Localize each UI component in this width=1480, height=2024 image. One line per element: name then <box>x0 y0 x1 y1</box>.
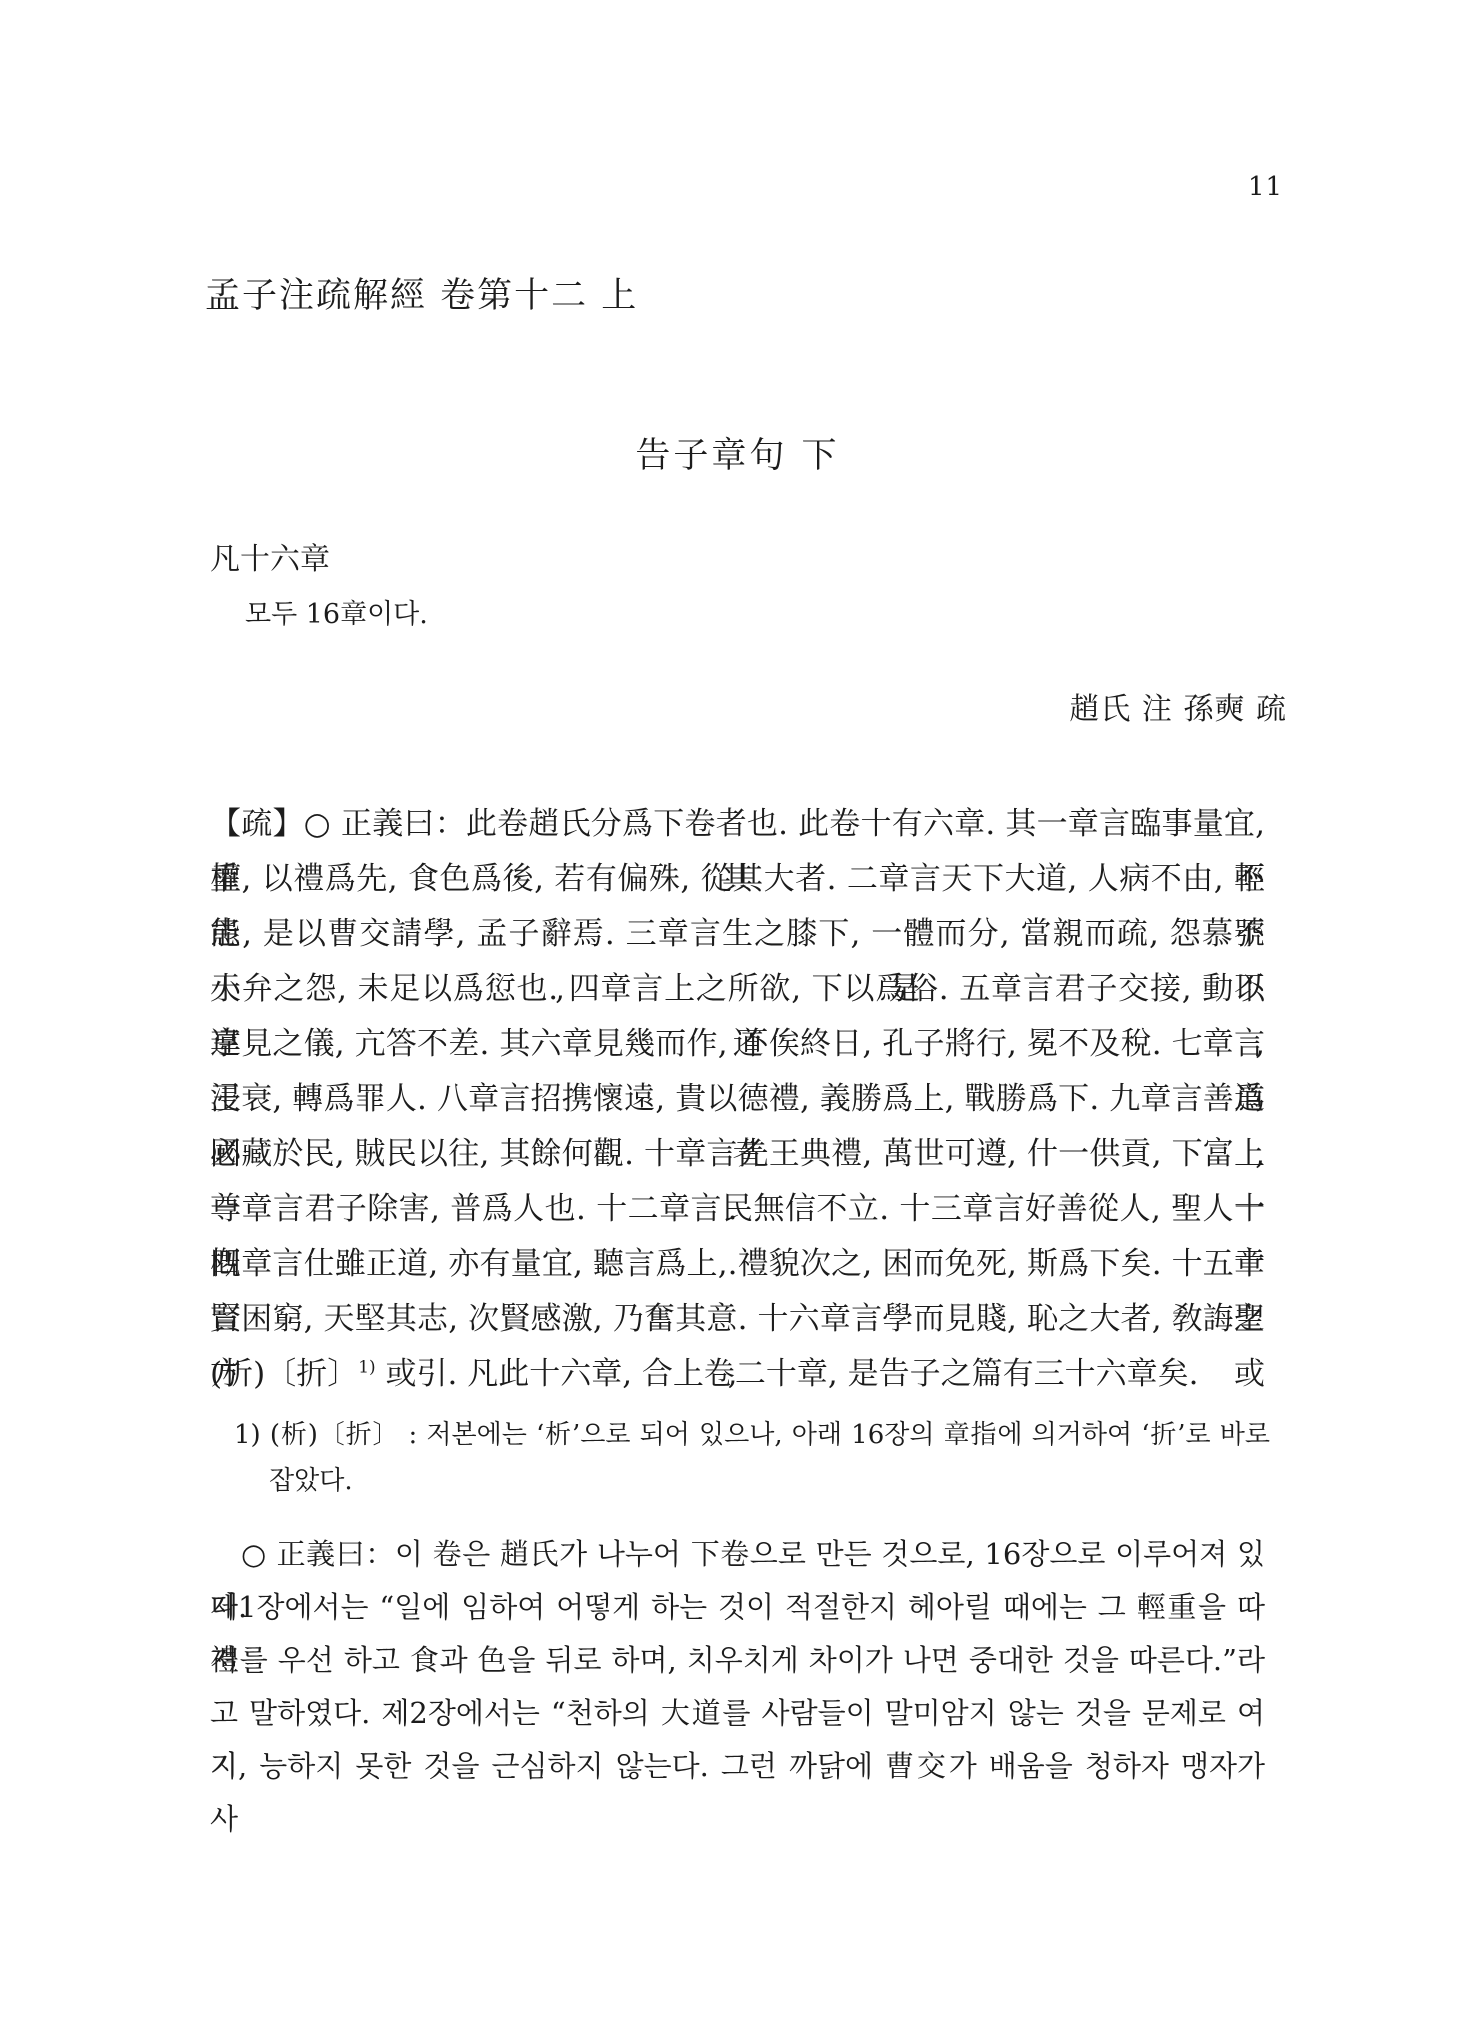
commentary-paragraph: 【疏】○ 正義曰：此卷趙氏分爲下卷者也. 此卷十有六章. 其一章言臨事量宜, 權… <box>210 797 1265 1402</box>
commentary-line: 四章言仕雖正道, 亦有量宜, 聽言爲上, 禮貌次之, 困而免死, 斯爲下矣. 十… <box>210 1237 1265 1292</box>
translation-line: ○ 正義曰：이 卷은 趙氏가 나누어 下卷으로 만든 것으로, 16장으로 이루… <box>210 1528 1265 1581</box>
attribution-line: 趙氏 注 孫奭 疏 <box>210 684 1287 728</box>
commentary-line: 享見之儀, 亢答不差. 其六章見幾而作, 不俟終日, 孔子將行, 冕不及稅. 七… <box>210 1017 1265 1072</box>
chapter-heading: 告子章句 下 <box>210 428 1265 478</box>
commentary-line: 重, 以禮爲先, 食色爲後, 若有偏殊, 從其大者. 二章言天下大道, 人病不由… <box>210 852 1265 907</box>
commentary-line: 賢困窮, 天堅其志, 次賢感激, 乃奮其意. 十六章言學而見賤, 恥之大者, 敎… <box>210 1292 1265 1347</box>
footnote-line: 1) (析)〔折〕 : 저본에는 ‘析’으로 되어 있으나, 아래 16장의 章… <box>234 1412 1270 1458</box>
commentary-line: 浸衰, 轉爲罪人. 八章言招携懷遠, 貴以德禮, 義勝爲上, 戰勝爲下. 九章言… <box>210 1072 1265 1127</box>
translation-line: 禮를 우선 하고 食과 色을 뒤로 하며, 치우치게 차이가 나면 중대한 것을… <box>210 1634 1265 1687</box>
footnote-text: (析)〔折〕 : 저본에는 ‘析’으로 되어 있으나, 아래 16장의 章指에 … <box>261 1420 1270 1450</box>
footnote-reference: 1) <box>358 1358 375 1378</box>
footnote-marker: 1) <box>234 1420 261 1450</box>
translation-line: 고 말하였다. 제2장에서는 “천하의 大道를 사람들이 말미암지 않는 것을 … <box>210 1687 1265 1740</box>
commentary-line: (析)〔折〕1) 或引. 凡此十六章, 合上卷二十章, 是告子之篇有三十六章矣. <box>210 1347 1265 1402</box>
document-page: { "page": { "number": "11", "book_title"… <box>0 0 1480 2024</box>
footnote-line: 잡았다. <box>269 1458 1270 1504</box>
commentary-line: 必藏於民, 賊民以往, 其餘何觀. 十章言先王典禮, 萬世可遵, 什一供貢, 下… <box>210 1127 1265 1182</box>
korean-chapter-count: 모두 16章이다. <box>245 592 428 631</box>
emended-characters: (析)〔折〕 <box>210 1356 358 1392</box>
commentary-line: 一章言君子除害, 普爲人也. 十二章言民無信不立. 十三章言好善從人, 聖人一槪… <box>210 1182 1265 1237</box>
commentary-line: 能, 是以曹交請學, 孟子辭焉. 三章言生之膝下, 一體而分, 當親而疏, 怨慕… <box>210 907 1265 962</box>
commentary-line: 【疏】○ 正義曰：此卷趙氏分爲下卷者也. 此卷十有六章. 其一章言臨事量宜, 權… <box>210 797 1265 852</box>
translation-paragraph: ○ 正義曰：이 卷은 趙氏가 나누어 下卷으로 만든 것으로, 16장으로 이루… <box>210 1528 1265 1793</box>
footnote-block: 1) (析)〔折〕 : 저본에는 ‘析’으로 되어 있으나, 아래 16장의 章… <box>210 1412 1270 1504</box>
page-number: 11 <box>1248 172 1283 202</box>
translation-line: 제1장에서는 “일에 임하여 어떻게 하는 것이 적절한지 헤아릴 때에는 그 … <box>210 1581 1265 1634</box>
translation-line: 지, 능하지 못한 것을 근심하지 않는다. 그런 까닭에 曹交가 배움을 청하… <box>210 1740 1265 1793</box>
hanmun-chapter-count: 凡十六章 <box>210 534 330 578</box>
commentary-line-tail: 或引. 凡此十六章, 合上卷二十章, 是告子之篇有三十六章矣. <box>376 1356 1199 1392</box>
commentary-line: 小弁之怨, 未足以爲愆也. 四章言上之所欲, 下以爲俗. 五章言君子交接, 動不… <box>210 962 1265 1017</box>
book-title: 孟子注疏解經 卷第十二 上 <box>205 268 638 318</box>
